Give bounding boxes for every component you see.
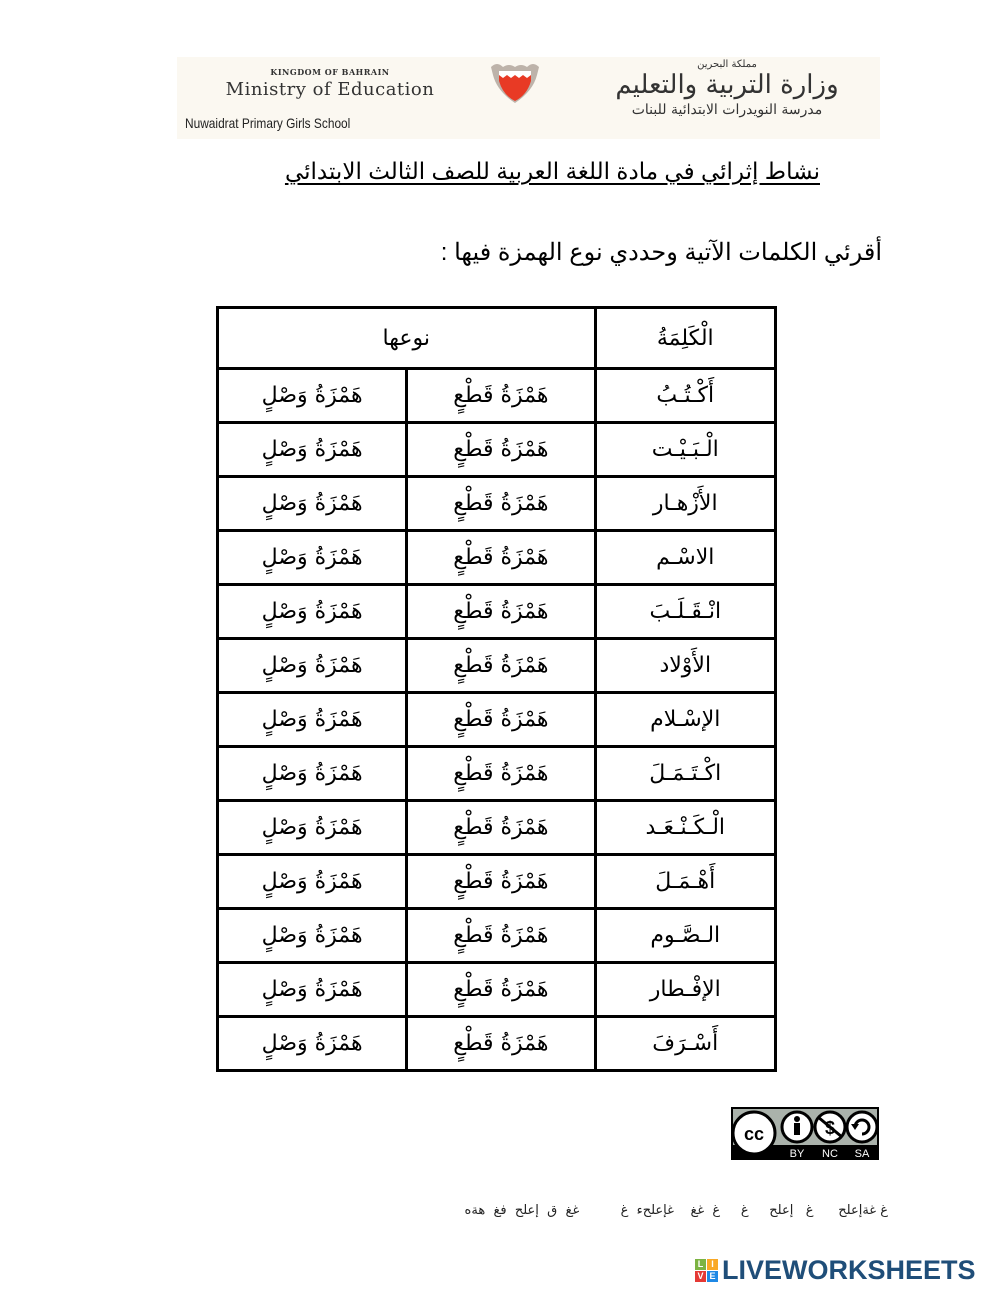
live-blocks-icon: L I V E	[695, 1259, 718, 1282]
table-row: انْـقَـلَـبَهَمْزَةُ قَطْعٍهَمْزَةُ وَصْ…	[218, 585, 776, 639]
header-word: الْكَلِمَةُ	[595, 308, 775, 369]
school-label-ar: مدرسة النويدرات الابتدائية للبنات	[582, 102, 872, 118]
word-cell: اكْـتَـمَـلَ	[595, 747, 775, 801]
table-header-row: الْكَلِمَةُ نوعها	[218, 308, 776, 369]
word-cell: الأَوْلاد	[595, 639, 775, 693]
hamza-table: الْكَلِمَةُ نوعها أَكْـتُـبُهَمْزَةُ قَط…	[216, 306, 777, 1072]
svg-text:cc: cc	[744, 1124, 764, 1144]
option-hamzat-wasl[interactable]: هَمْزَةُ وَصْلٍ	[218, 801, 407, 855]
footer-garbled-text: غ غةإعلح غ إعلح غ غ غغ غإعلحء غ غغ ق إعل…	[118, 1203, 888, 1229]
brand-name: LIVEWORKSHEETS	[722, 1255, 976, 1286]
svg-text:BY: BY	[790, 1148, 805, 1160]
header-type: نوعها	[218, 308, 596, 369]
option-hamzat-wasl[interactable]: هَمْزَةُ وَصْلٍ	[218, 423, 407, 477]
worksheet-title: نشاط إثرائي في مادة اللغة العربية للصف ا…	[200, 158, 820, 185]
liveworksheets-logo[interactable]: L I V E LIVEWORKSHEETS	[695, 1256, 976, 1284]
school-label-en: Nuwaidrat Primary Girls School	[185, 115, 350, 131]
option-hamzat-wasl[interactable]: هَمْزَةُ وَصْلٍ	[218, 477, 407, 531]
word-cell: الـصَّـوم	[595, 909, 775, 963]
kingdom-label-ar: مملكة البحرين	[582, 59, 872, 70]
option-hamzat-qat[interactable]: هَمْزَةُ قَطْعٍ	[407, 639, 595, 693]
bahrain-emblem-icon	[487, 61, 543, 107]
option-hamzat-qat[interactable]: هَمْزَةُ قَطْعٍ	[407, 423, 595, 477]
school-header-banner: KINGDOM OF BAHRAIN Ministry of Education…	[177, 57, 880, 139]
table-row: الْـكَـنْـعَـدهَمْزَةُ قَطْعٍهَمْزَةُ وَ…	[218, 801, 776, 855]
word-cell: الأَزْهـار	[595, 477, 775, 531]
table-row: اكْـتَـمَـلَهَمْزَةُ قَطْعٍهَمْزَةُ وَصْ…	[218, 747, 776, 801]
kingdom-label-en: KINGDOM OF BAHRAIN	[185, 67, 475, 77]
option-hamzat-qat[interactable]: هَمْزَةُ قَطْعٍ	[407, 369, 595, 423]
svg-text:NC: NC	[822, 1148, 838, 1160]
word-cell: الإسْـلام	[595, 693, 775, 747]
option-hamzat-wasl[interactable]: هَمْزَةُ وَصْلٍ	[218, 1017, 407, 1071]
option-hamzat-qat[interactable]: هَمْزَةُ قَطْعٍ	[407, 963, 595, 1017]
table-row: الـصَّـومهَمْزَةُ قَطْعٍهَمْزَةُ وَصْلٍ	[218, 909, 776, 963]
word-cell: الاسْـم	[595, 531, 775, 585]
english-header: KINGDOM OF BAHRAIN Ministry of Education	[185, 67, 475, 100]
option-hamzat-qat[interactable]: هَمْزَةُ قَطْعٍ	[407, 1017, 595, 1071]
option-hamzat-wasl[interactable]: هَمْزَةُ وَصْلٍ	[218, 369, 407, 423]
option-hamzat-qat[interactable]: هَمْزَةُ قَطْعٍ	[407, 909, 595, 963]
option-hamzat-qat[interactable]: هَمْزَةُ قَطْعٍ	[407, 855, 595, 909]
option-hamzat-wasl[interactable]: هَمْزَةُ وَصْلٍ	[218, 909, 407, 963]
word-cell: الْـكَـنْـعَـد	[595, 801, 775, 855]
word-cell: أَهْـمَـلَ	[595, 855, 775, 909]
word-cell: انْـقَـلَـبَ	[595, 585, 775, 639]
option-hamzat-wasl[interactable]: هَمْزَةُ وَصْلٍ	[218, 963, 407, 1017]
table-row: الاسْـمهَمْزَةُ قَطْعٍهَمْزَةُ وَصْلٍ	[218, 531, 776, 585]
table-row: الْـبَـيْـتهَمْزَةُ قَطْعٍهَمْزَةُ وَصْل…	[218, 423, 776, 477]
table-row: الأَزْهـارهَمْزَةُ قَطْعٍهَمْزَةُ وَصْلٍ	[218, 477, 776, 531]
option-hamzat-qat[interactable]: هَمْزَةُ قَطْعٍ	[407, 747, 595, 801]
option-hamzat-wasl[interactable]: هَمْزَةُ وَصْلٍ	[218, 747, 407, 801]
option-hamzat-wasl[interactable]: هَمْزَةُ وَصْلٍ	[218, 531, 407, 585]
word-cell: الإفْـطار	[595, 963, 775, 1017]
table-row: أَهْـمَـلَهَمْزَةُ قَطْعٍهَمْزَةُ وَصْلٍ	[218, 855, 776, 909]
word-cell: أَسْـرَفَ	[595, 1017, 775, 1071]
ministry-label-en: Ministry of Education	[185, 79, 475, 100]
word-cell: الْـبَـيْـت	[595, 423, 775, 477]
instruction-text: أقرئي الكلمات الآتية وحددي نوع الهمزة في…	[300, 238, 882, 267]
ministry-label-ar: وزارة التربية والتعليم	[582, 70, 872, 100]
svg-text:SA: SA	[855, 1148, 870, 1160]
option-hamzat-wasl[interactable]: هَمْزَةُ وَصْلٍ	[218, 693, 407, 747]
table-row: أَسْـرَفَهَمْزَةُ قَطْعٍهَمْزَةُ وَصْلٍ	[218, 1017, 776, 1071]
option-hamzat-wasl[interactable]: هَمْزَةُ وَصْلٍ	[218, 585, 407, 639]
table-row: الإفْـطارهَمْزَةُ قَطْعٍهَمْزَةُ وَصْلٍ	[218, 963, 776, 1017]
word-cell: أَكْـتُـبُ	[595, 369, 775, 423]
option-hamzat-wasl[interactable]: هَمْزَةُ وَصْلٍ	[218, 855, 407, 909]
table-row: الأَوْلادهَمْزَةُ قَطْعٍهَمْزَةُ وَصْلٍ	[218, 639, 776, 693]
cc-by-nc-sa-icon: cc $ BY NC SA	[731, 1107, 879, 1160]
arabic-header: مملكة البحرين وزارة التربية والتعليم مدر…	[582, 59, 872, 118]
option-hamzat-qat[interactable]: هَمْزَةُ قَطْعٍ	[407, 531, 595, 585]
option-hamzat-qat[interactable]: هَمْزَةُ قَطْعٍ	[407, 693, 595, 747]
option-hamzat-qat[interactable]: هَمْزَةُ قَطْعٍ	[407, 585, 595, 639]
option-hamzat-wasl[interactable]: هَمْزَةُ وَصْلٍ	[218, 639, 407, 693]
table-row: أَكْـتُـبُهَمْزَةُ قَطْعٍهَمْزَةُ وَصْلٍ	[218, 369, 776, 423]
option-hamzat-qat[interactable]: هَمْزَةُ قَطْعٍ	[407, 801, 595, 855]
option-hamzat-qat[interactable]: هَمْزَةُ قَطْعٍ	[407, 477, 595, 531]
table-row: الإسْـلامهَمْزَةُ قَطْعٍهَمْزَةُ وَصْلٍ	[218, 693, 776, 747]
